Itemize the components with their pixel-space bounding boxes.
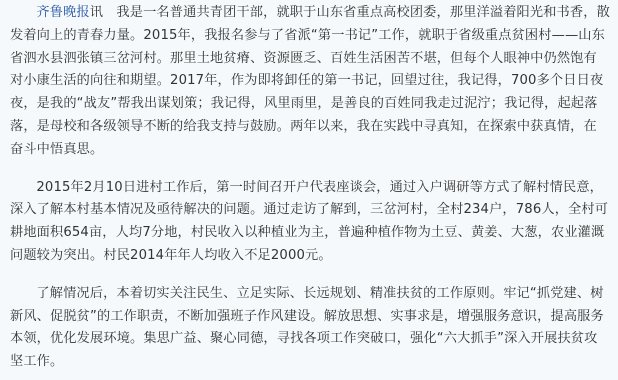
article-paragraph-1: 齐鲁晚报讯 我是一名普通共青团干部，就职于山东省重点高校团委，那里洋溢着阳光和书… <box>10 0 610 162</box>
article-paragraph-2: 2015年2月10日进村工作后，第一时间召开户代表座谈会，通过入户调研等方式了解… <box>10 177 610 268</box>
article-body: 齐鲁晚报讯 我是一名普通共青团干部，就职于山东省重点高校团委，那里洋溢着阳光和书… <box>0 0 618 374</box>
paragraph-1-text: 讯 我是一名普通共青团干部，就职于山东省重点高校团委，那里洋溢着阳光和书香，散发… <box>10 5 610 157</box>
article-paragraph-3: 了解情况后，本着切实关注民生、立足实际、长远规划、精准扶贫的工作原则。牢记“抓党… <box>10 283 610 374</box>
source-link[interactable]: 齐鲁晚报 <box>36 5 89 20</box>
